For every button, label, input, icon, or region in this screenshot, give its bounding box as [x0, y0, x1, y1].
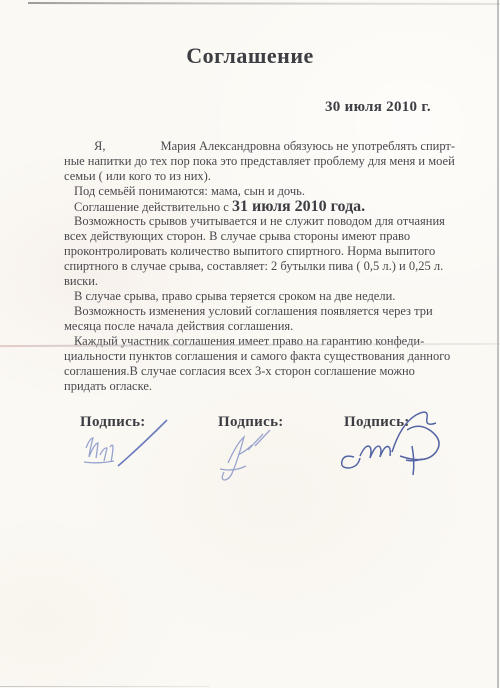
- paper-edge-top: [28, 2, 500, 4]
- signature-label-3: Подпись:: [344, 414, 410, 431]
- text-line: месяца после начала действия соглашения.: [64, 319, 464, 334]
- text-line: Возможность срывов учитывается и не служ…: [64, 214, 464, 229]
- text-line: придать огласке.: [64, 379, 464, 394]
- document-date: 30 июля 2010 г.: [325, 99, 431, 116]
- effective-date-bold: 31 июля 2010 года.: [232, 198, 365, 215]
- pronoun-text: Я,: [94, 139, 105, 153]
- text-line-rest: Мария Александровна обязуюсь не употребл…: [160, 139, 455, 153]
- document-title: Соглашение: [0, 43, 500, 69]
- text-line: семьи ( или кого то из них).: [64, 169, 464, 184]
- document-body: Я,Мария Александровна обязуюсь не употре…: [64, 139, 464, 394]
- text-line: ные напитки до тех пор пока это представ…: [64, 154, 464, 169]
- paper-edge-bottom: [0, 686, 210, 688]
- text-line: Каждый участник соглашения имеет право н…: [64, 334, 464, 349]
- text-line: Соглашение действительно с 31 июля 2010 …: [64, 199, 464, 214]
- text-line: Возможность изменения условий соглашения…: [64, 304, 464, 319]
- text-line: В случае срыва, право срыва теряется сро…: [64, 289, 464, 304]
- signature-1-ink: [84, 438, 114, 463]
- effective-date-prefix: Соглашение действительно с: [74, 200, 232, 214]
- text-line: виски.: [64, 274, 464, 289]
- signature-label-2: Подпись:: [218, 414, 284, 431]
- text-line: проконтролировать количество выпитого сп…: [64, 244, 464, 259]
- signature-2-ink: [220, 430, 270, 480]
- text-line: Под семьёй понимаются: мама, сын и дочь.: [64, 184, 464, 199]
- signature-label-1: Подпись:: [80, 414, 146, 431]
- text-line: всех действующих сторон. В случае срыва …: [64, 229, 464, 244]
- text-line: циальности пунктов соглашения и самого ф…: [64, 349, 464, 364]
- text-line: Я,Мария Александровна обязуюсь не употре…: [64, 139, 464, 154]
- text-line: спиртного в случае срыва, составляет: 2 …: [64, 259, 464, 274]
- scanned-document-page: Соглашение 30 июля 2010 г. Я,Мария Алекс…: [0, 0, 500, 688]
- text-line: соглашения.В случае согласия всех 3-х ст…: [64, 364, 464, 379]
